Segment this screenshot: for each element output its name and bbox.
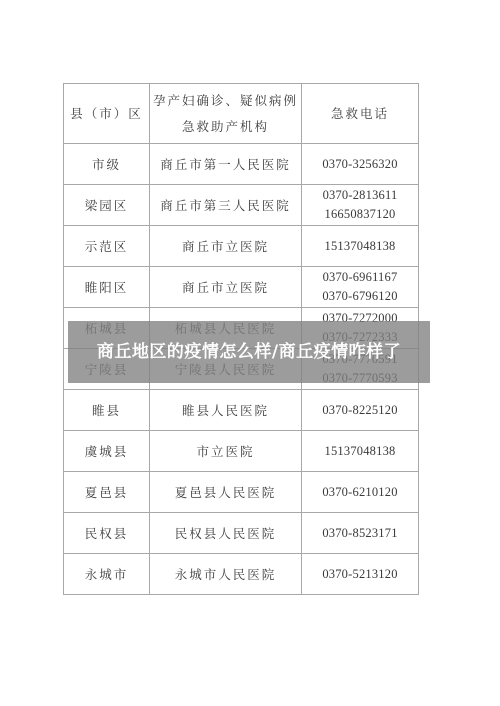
phone-line: 0370-6961167 [302, 268, 418, 287]
header-phone: 急救电话 [302, 84, 419, 144]
cell-phone: 0370-5213120 [302, 554, 419, 595]
table-row: 睢县 睢县人民医院 0370-8225120 [64, 390, 419, 431]
table-row: 睢阳区 商丘市立医院 0370-69611670370-6796120 [64, 267, 419, 308]
title-overlay-banner: 商丘地区的疫情怎么样/商丘疫情咋样了 [68, 321, 430, 383]
cell-district: 民权县 [64, 513, 150, 554]
phone-line: 15137048138 [302, 237, 418, 256]
cell-district: 虞城县 [64, 431, 150, 472]
cell-institution: 商丘市立医院 [150, 226, 302, 267]
overlay-title: 商丘地区的疫情怎么样/商丘疫情咋样了 [94, 342, 404, 363]
phone-line: 0370-3256320 [302, 155, 418, 174]
cell-district: 睢县 [64, 390, 150, 431]
phone-line: 0370-6210120 [302, 483, 418, 502]
header-institution: 孕产妇确诊、疑似病例 急救助产机构 [150, 84, 302, 144]
cell-phone: 0370-8523171 [302, 513, 419, 554]
cell-district: 永城市 [64, 554, 150, 595]
cell-phone: 0370-69611670370-6796120 [302, 267, 419, 308]
phone-line: 0370-5213120 [302, 565, 418, 584]
table-row: 夏邑县 夏邑县人民医院 0370-6210120 [64, 472, 419, 513]
table-row: 梁园区 商丘市第三人民医院 0370-281361116650837120 [64, 185, 419, 226]
cell-institution: 民权县人民医院 [150, 513, 302, 554]
header-institution-line1: 孕产妇确诊、疑似病例 [150, 91, 301, 110]
cell-district: 夏邑县 [64, 472, 150, 513]
cell-phone: 0370-8225120 [302, 390, 419, 431]
cell-institution: 市立医院 [150, 431, 302, 472]
phone-line: 0370-6796120 [302, 287, 418, 306]
table-row: 民权县 民权县人民医院 0370-8523171 [64, 513, 419, 554]
table-row: 示范区 商丘市立医院 15137048138 [64, 226, 419, 267]
cell-institution: 商丘市第三人民医院 [150, 185, 302, 226]
cell-institution: 睢县人民医院 [150, 390, 302, 431]
cell-phone: 15137048138 [302, 431, 419, 472]
cell-institution: 商丘市立医院 [150, 267, 302, 308]
cell-phone: 0370-3256320 [302, 144, 419, 185]
phone-line: 16650837120 [302, 205, 418, 224]
cell-institution: 永城市人民医院 [150, 554, 302, 595]
cell-phone: 0370-6210120 [302, 472, 419, 513]
phone-line: 0370-8225120 [302, 401, 418, 420]
header-institution-line2: 急救助产机构 [150, 117, 301, 136]
table-row: 市级 商丘市第一人民医院 0370-3256320 [64, 144, 419, 185]
cell-institution: 夏邑县人民医院 [150, 472, 302, 513]
cell-phone: 15137048138 [302, 226, 419, 267]
table-header-row: 县（市）区 孕产妇确诊、疑似病例 急救助产机构 急救电话 [64, 84, 419, 144]
table-row: 虞城县 市立医院 15137048138 [64, 431, 419, 472]
header-district: 县（市）区 [64, 84, 150, 144]
phone-line: 0370-2813611 [302, 186, 418, 205]
table-row: 永城市 永城市人民医院 0370-5213120 [64, 554, 419, 595]
cell-district: 市级 [64, 144, 150, 185]
cell-district: 梁园区 [64, 185, 150, 226]
cell-district: 睢阳区 [64, 267, 150, 308]
cell-institution: 商丘市第一人民医院 [150, 144, 302, 185]
phone-line: 15137048138 [302, 442, 418, 461]
cell-phone: 0370-281361116650837120 [302, 185, 419, 226]
phone-line: 0370-8523171 [302, 524, 418, 543]
cell-district: 示范区 [64, 226, 150, 267]
